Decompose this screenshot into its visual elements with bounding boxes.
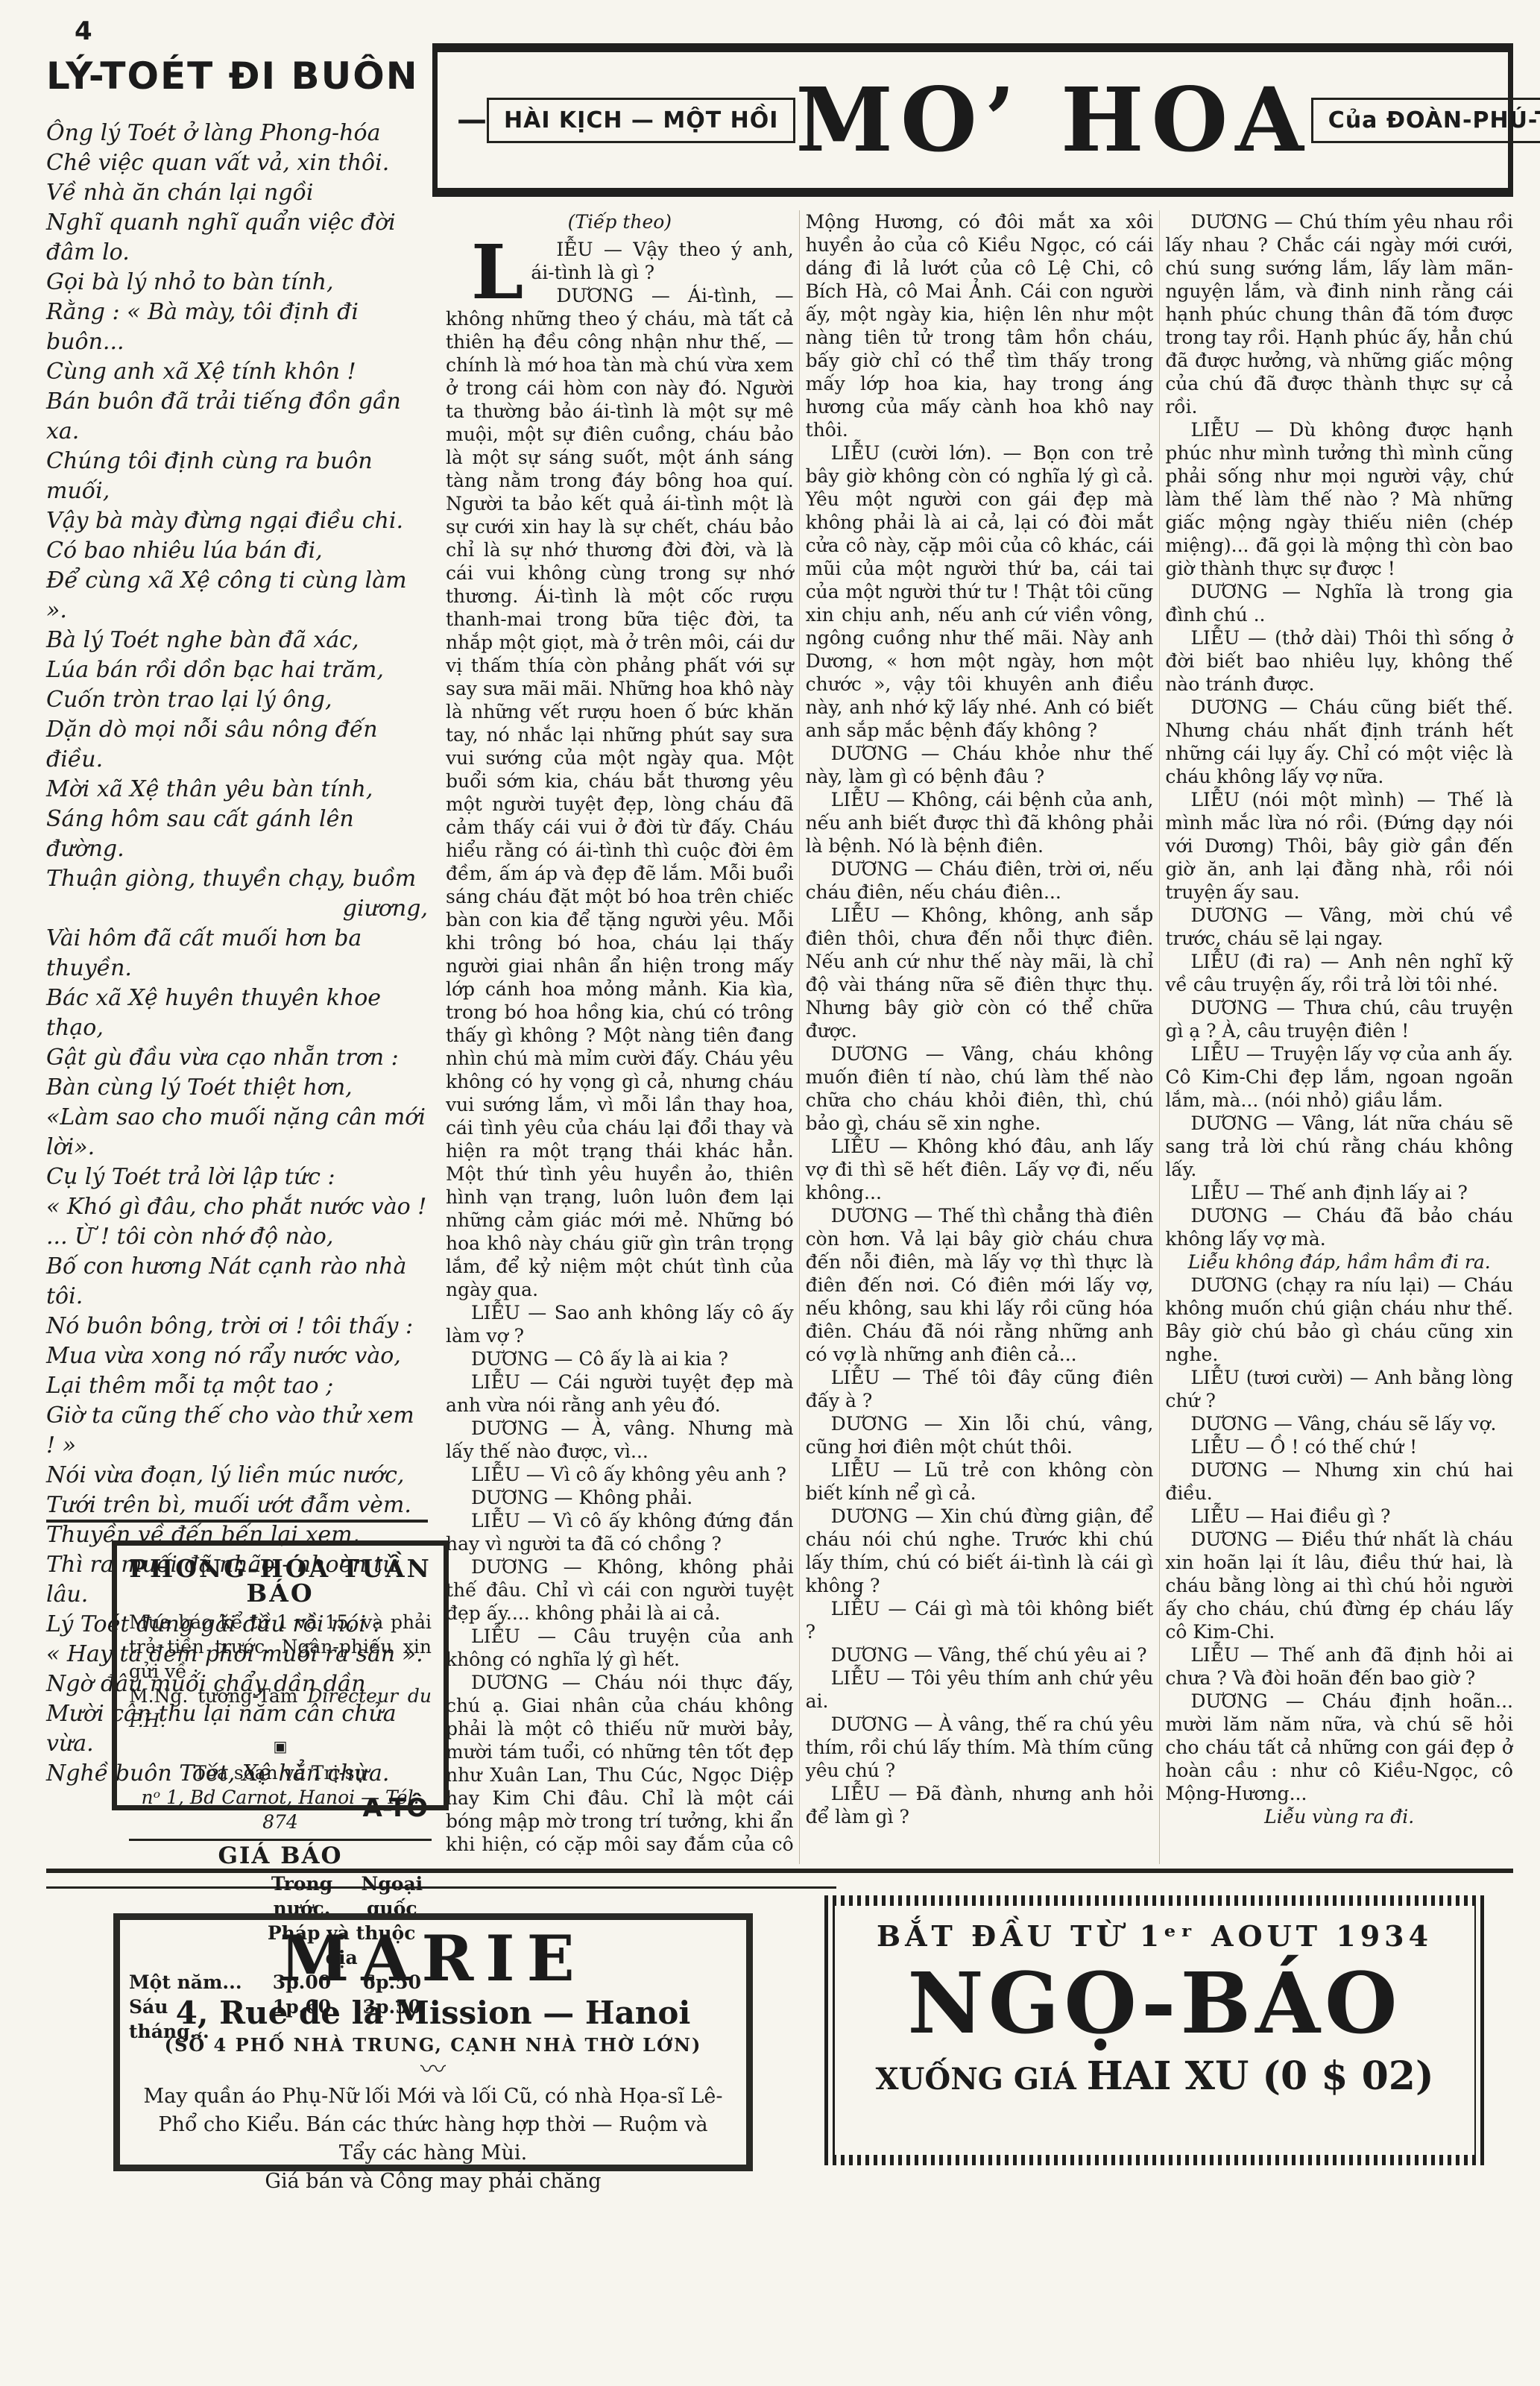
play-paragraph: DƯƠNG — Vâng, thế chú yêu ai ?: [806, 1643, 1154, 1666]
poem-line: Lại thêm mỗi tạ một tao ;: [46, 1371, 428, 1401]
play-paragraph: DƯƠNG — Nhưng xin chú hai điều.: [1165, 1458, 1513, 1505]
play-paragraph: DƯƠNG — Nghĩa là trong gia đình chú ..: [1165, 580, 1513, 626]
play-paragraph: DƯƠNG — Vâng, cháu sẽ lấy vợ.: [1165, 1412, 1513, 1435]
play-paragraph: LIỄU — Câu truyện của anh không có nghĩa…: [446, 1625, 794, 1671]
play-paragraph: LIỄU — (thở dài) Thôi thì sống ở đời biế…: [1165, 626, 1513, 696]
poem-line: Thuận giòng, thuyền chạy, buồm: [46, 864, 428, 894]
page-number: 4: [75, 16, 92, 46]
play-paragraph: LIỄU — Thế tôi đây cũng điên đấy à ?: [806, 1366, 1154, 1412]
play-paragraph: DƯƠNG — Vâng, lát nữa cháu sẽ sang trả l…: [1165, 1112, 1513, 1181]
play-paragraph: DƯƠNG — À vâng, thế ra chú yêu thím, rồi…: [806, 1713, 1154, 1782]
infobox-title: PHONG-HÓA TUẦN BÁO: [129, 1556, 432, 1605]
infobox-office-address: nᵒ 1, Bd Carnot, Hanoi — Tél. 874: [129, 1785, 432, 1834]
divider-left-column: [46, 1520, 428, 1523]
play-paragraph: LIỄU — Tôi yêu thím anh chứ yêu ai.: [806, 1666, 1154, 1713]
poem-line: Cụ lý Toét trả lời lập tức :: [46, 1162, 428, 1192]
play-paragraph: LIỄU — Cái người tuyệt đẹp mà anh vừa nó…: [446, 1370, 794, 1417]
ad-marie-address: 4, Rue de la Mission — Hanoi: [120, 1995, 746, 2032]
poem-line: Ông lý Toét ở làng Phong-hóa: [46, 119, 428, 148]
play-kicker: HÀI KỊCH — MỘT HỒI: [487, 98, 795, 143]
poem-line: Rằng : « Bà mày, tôi định đi buôn...: [46, 298, 428, 357]
play-paragraph: LIỄU (cười lớn). — Bọn con trẻ bây giờ k…: [806, 441, 1154, 742]
newspaper-page: 4 LÝ-TOÉT ĐI BUÔN Ông lý Toét ở làng Pho…: [0, 0, 1540, 2386]
play-header-banner: — HÀI KỊCH — MỘT HỒI MO’ HOA Của ĐOÀN-PH…: [432, 43, 1513, 197]
poem-line: Mời xã Xệ thân yêu bàn tính,: [46, 775, 428, 805]
play-paragraph: LIỄU — Thế anh định lấy ai ?: [1165, 1181, 1513, 1204]
play-paragraph: DƯƠNG — Cháu điên, trời ơi, nếu cháu điê…: [806, 857, 1154, 904]
poem-line: Sáng hôm sau cất gánh lên đường.: [46, 805, 428, 864]
play-paragraph: LIỄU — Vì cô ấy không đứng đắn hay vì ng…: [446, 1509, 794, 1555]
poem-title: LÝ-TOÉT ĐI BUÔN: [46, 57, 428, 96]
play-paragraph: DƯƠNG — Ái-tình, — không những theo ý ch…: [446, 284, 794, 1301]
play-paragraph: LIỄU — Dù không được hạnh phúc như mình …: [1165, 418, 1513, 580]
ad-marie: MARIE 4, Rue de la Mission — Hanoi (SỐ 4…: [113, 1913, 753, 2171]
ad-ngobao-inner: BẮT ĐẦU TỪ 1ᵉʳ AOUT 1934 NGỌ-BÁO XUỐNG G…: [835, 1906, 1474, 2155]
poem-line: giương,: [46, 894, 428, 924]
poem-line: Giờ ta cũng thế cho vào thử xem ! »: [46, 1401, 428, 1461]
poem-line: Cuốn tròn trao lại lý ông,: [46, 685, 428, 715]
play-paragraph: LIỄU — Truyện lấy vợ của anh ấy. Cô Kim-…: [1165, 1042, 1513, 1112]
play-paragraph: DƯƠNG — Cô ấy là ai kia ?: [446, 1347, 794, 1370]
play-paragraph: DƯƠNG — Cháu đã bảo cháu không lấy vợ mà…: [1165, 1204, 1513, 1250]
play-paragraph: LIỄU — Ồ ! có thế chứ !: [1165, 1435, 1513, 1458]
poem-line: Bán buôn đã trải tiếng đồn gần xa.: [46, 387, 428, 447]
ad-marie-footer: Giá bán và Công may phải chăng: [120, 2168, 746, 2196]
ad-marie-title: MARIE: [120, 1927, 746, 1990]
poem-line: Lúa bán rồi dồn bạc hai trăm,: [46, 655, 428, 685]
poem-line: Nghĩ quanh nghĩ quẩn việc đời đâm lo.: [46, 208, 428, 268]
play-paragraph: LIỄU (tươi cười) — Anh bằng lòng chứ ?: [1165, 1366, 1513, 1412]
play-paragraph: LIỄU — Lũ trẻ con không còn biết kính nể…: [806, 1458, 1154, 1505]
infobox-price-title: GIÁ BÁO: [129, 1844, 432, 1869]
poem-line: Vài hôm đã cất muối hơn ba thuyền.: [46, 924, 428, 983]
poem-lines: Ông lý Toét ở làng Phong-hóaChê việc qua…: [46, 119, 428, 1789]
play-paragraph: LIỄU — Cái gì mà tôi không biết ?: [806, 1597, 1154, 1643]
infobox-director-name: M.Ng. tường-Tam: [129, 1685, 307, 1707]
poem-line: Về nhà ăn chán lại ngồi: [46, 178, 428, 208]
play-paragraph: DƯƠNG — Chú thím yêu nhau rồi lấy nhau ?…: [1165, 210, 1513, 418]
play-paragraph: DƯƠNG — Thế thì chẳng thà điên còn hơn. …: [806, 1204, 1154, 1366]
play-paragraph: DƯƠNG — À, vâng. Nhưng mà lấy thế nào đư…: [446, 1417, 794, 1463]
play-paragraph: DƯƠNG — Xin chú đừng giận, để cháu nói c…: [806, 1505, 1154, 1597]
poem-line: Tưới trên bì, muối ướt đẫm vèm.: [46, 1491, 428, 1520]
play-body-columns: (Tiếp theo)LIỄU — Vậy theo ý anh, ái-tìn…: [446, 210, 1513, 1864]
subscription-info-box: PHONG-HÓA TUẦN BÁO Mua báo kể từ 1 và 15…: [112, 1540, 449, 1810]
poem-line: Chúng tôi định cùng ra buôn muối,: [46, 447, 428, 506]
play-paragraph: LIỄU — Đã đành, nhưng anh hỏi để làm gì …: [806, 1782, 1154, 1828]
play-paragraph: LIỄU — Không khó đâu, anh lấy vợ đi thì …: [806, 1135, 1154, 1204]
play-paragraph: LIỄU — Vì cô ấy không yêu anh ?: [446, 1463, 794, 1486]
header-dash-left: —: [457, 103, 487, 137]
poem-line: Dặn dò mọi nỗi sâu nông đến điều.: [46, 715, 428, 775]
play-paragraph: DƯƠNG — Thưa chú, câu truyện gì ạ ? À, c…: [1165, 996, 1513, 1042]
play-paragraph: DƯƠNG — Không, không phải thế đâu. Chỉ v…: [446, 1555, 794, 1625]
play-paragraph: DƯƠNG — Cháu khỏe như thế này, làm gì có…: [806, 742, 1154, 788]
play-paragraph: LIỄU (đi ra) — Anh nên nghĩ kỹ về câu tr…: [1165, 950, 1513, 996]
play-paragraph: DƯƠNG — Cháu cũng biết thế. Nhưng cháu n…: [1165, 696, 1513, 788]
infobox-office-label: Tòa soạn và Trị-sự: [129, 1760, 432, 1785]
poem-line: Nó buôn bông, trời ơi ! tôi thấy :: [46, 1312, 428, 1341]
poem-line: Bố con hương Nát cạnh rào nhà tôi.: [46, 1252, 428, 1312]
poem-line: Có bao nhiêu lúa bán đi,: [46, 536, 428, 566]
ad-ngobao-date: BẮT ĐẦU TỪ 1ᵉʳ AOUT 1934: [835, 1922, 1474, 1951]
ad-ngobao-price-label: XUỐNG GIÁ: [875, 2062, 1086, 2097]
infobox-line1: Mua báo kể từ 1 và 15, và phải trả tiền …: [129, 1611, 432, 1682]
swash-ornament-icon: 〰: [120, 2059, 746, 2081]
poem-line: ... Ừ ! tôi còn nhớ độ nào,: [46, 1222, 428, 1252]
poem-line: Nói vừa đoạn, lý liền múc nước,: [46, 1461, 428, 1491]
play-paragraph: DƯƠNG (chạy ra níu lại) — Cháu không muố…: [1165, 1274, 1513, 1366]
poem-line: Vậy bà mày đừng ngại điều chi.: [46, 506, 428, 536]
ad-ngobao-price: XUỐNG GIÁ HAI XU (0 $ 02): [835, 2057, 1474, 2096]
poem-line: Để cùng xã Xệ công ti cùng làm ».: [46, 566, 428, 626]
play-title: MO’ HOA: [795, 76, 1310, 164]
play-paragraph: DƯƠNG — Xin lỗi chú, vâng, cũng hơi điên…: [806, 1412, 1154, 1458]
ad-ngobao-price-value: HAI XU (0 $ 02): [1087, 2053, 1434, 2099]
infobox-instructions: Mua báo kể từ 1 và 15, và phải trả tiền …: [129, 1610, 432, 1733]
infobox-divider: [129, 1839, 432, 1841]
poem-line: Chê việc quan vất vả, xin thôi.: [46, 148, 428, 178]
play-paragraph: Liễu vùng ra đi.: [1165, 1805, 1513, 1828]
ad-marie-address-vn: (SỐ 4 PHỐ NHÀ TRUNG, CẠNH NHÀ THỜ LỚN): [120, 2033, 746, 2056]
play-paragraph: LIỄU — Thế anh đã định hỏi ai chưa ? Và …: [1165, 1643, 1513, 1690]
play-paragraph: DƯƠNG — Cháu định hoãn... mười lăm năm n…: [1165, 1690, 1513, 1805]
play-paragraph: DƯƠNG — Không phải.: [446, 1486, 794, 1509]
play-paragraph: DƯƠNG — Điều thứ nhất là cháu xin hoãn l…: [1165, 1528, 1513, 1643]
play-paragraph: Liễu không đáp, hầm hầm đi ra.: [1165, 1250, 1513, 1274]
poem-line: Bác xã Xệ huyên thuyên khoe thạo,: [46, 983, 428, 1043]
poem-line: Bàn cùng lý Toét thiệt hơn,: [46, 1073, 428, 1103]
ad-marie-body: May quần áo Phụ-Nữ lối Mới và lối Cũ, có…: [120, 2083, 746, 2168]
poem-line: « Khó gì đâu, cho phắt nước vào !: [46, 1192, 428, 1222]
play-paragraph: LIỄU — Không, cái bệnh của anh, nếu anh …: [806, 788, 1154, 857]
play-paragraph: LIỄU — Sao anh không lấy cô ấy làm vợ ?: [446, 1301, 794, 1347]
play-byline: Của ĐOÀN-PHÚ-TỨ: [1311, 98, 1540, 143]
play-paragraph: LIỄU (nói một mình) — Thế là mình mắc lừ…: [1165, 788, 1513, 904]
poem-line: Mua vừa xong nó rẩy nước vào,: [46, 1341, 428, 1371]
play-paragraph: DƯƠNG — Vâng, cháu không muốn điên tí nà…: [806, 1042, 1154, 1135]
poem-line: Gật gù đầu vừa cạo nhẵn trơn :: [46, 1043, 428, 1073]
poem-line: «Làm sao cho muối nặng cân mới lời».: [46, 1103, 428, 1162]
ornament-icon: ▣: [129, 1734, 432, 1759]
poem-line: Bà lý Toét nghe bàn đã xác,: [46, 626, 428, 655]
poem-line: Gọi bà lý nhỏ to bàn tính,: [46, 268, 428, 298]
ad-ngobao: BẮT ĐẦU TỪ 1ᵉʳ AOUT 1934 NGỌ-BÁO XUỐNG G…: [824, 1895, 1485, 2165]
play-paragraph: LIỄU — Hai điều gì ?: [1165, 1505, 1513, 1528]
play-paragraph: LIỄU — Không, không, anh sắp điên thôi, …: [806, 904, 1154, 1042]
poem-line: Cùng anh xã Xệ tính khôn !: [46, 357, 428, 387]
play-paragraph: LIỄU — Vậy theo ý anh, ái-tình là gì ?: [446, 238, 794, 284]
play-paragraph: DƯƠNG — Vâng, mời chú về trước, cháu sẽ …: [1165, 904, 1513, 950]
ad-ngobao-title: NGỌ-BÁO: [835, 1957, 1474, 2053]
